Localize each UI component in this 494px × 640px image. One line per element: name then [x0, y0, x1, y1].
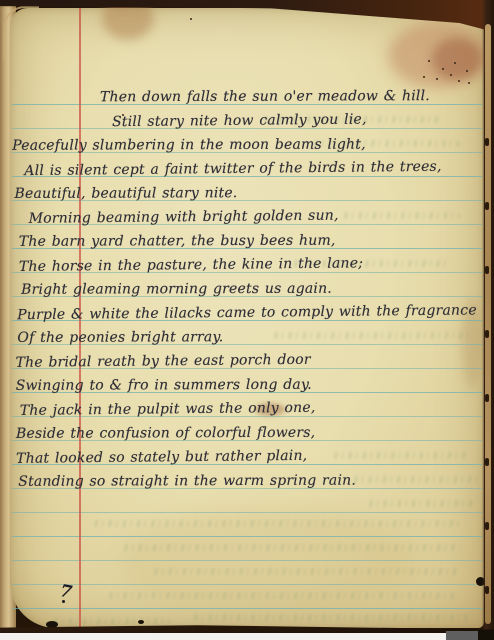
stitch-mark: [485, 202, 489, 210]
speck: [190, 18, 192, 20]
speck: [423, 76, 425, 78]
poem-line: Of the peonies bright array.: [17, 328, 223, 347]
stitch-mark: [485, 522, 489, 530]
poem-line: All is silent cept a faint twitter of th…: [24, 158, 441, 180]
stitch-mark: [485, 586, 489, 594]
poem-line: Still stary nite how calmly you lie,: [112, 111, 367, 132]
poem-line: Peacefully slumbering in the moon beams …: [12, 136, 366, 155]
poem-line: The horse in the pasture, the kine in th…: [19, 254, 363, 276]
poem-line: Standing so straight in the warm spring …: [18, 472, 356, 491]
poem-line: Bright gleaming morning greets us again.: [21, 280, 332, 299]
stitch-mark: [485, 138, 489, 146]
speck: [466, 70, 468, 72]
ink-blob-bottom-small: [138, 620, 144, 624]
speck: [122, 114, 124, 116]
handwriting-layer: Then down falls the sun o'er meadow & hi…: [9, 5, 487, 628]
speck: [436, 78, 438, 80]
poem-line: Then down falls the sun o'er meadow & hi…: [100, 87, 430, 106]
stray-ink-dot: [62, 600, 65, 603]
speck: [428, 60, 430, 62]
poem-line: The jack in the pulpit was the only one,: [20, 399, 316, 420]
speck: [442, 68, 444, 70]
shadow-patch-bottom-right: [446, 631, 480, 640]
poem-line: That looked so stately but rather plain,: [16, 447, 307, 468]
poem-line: The barn yard chatter, the busy bees hum…: [19, 232, 336, 251]
poem-line: Beautiful, beautiful stary nite.: [14, 184, 237, 203]
poem-line: Beside the confusion of colorful flowers…: [16, 424, 315, 443]
speck: [450, 74, 452, 76]
speck: [458, 80, 460, 82]
stitch-mark: [485, 330, 489, 338]
stitch-mark: [485, 394, 489, 402]
notebook-page: Then down falls the sun o'er meadow & hi…: [10, 8, 484, 628]
speck: [454, 62, 456, 64]
stitch-mark: [485, 458, 489, 466]
poem-line: The bridal reath by the east porch door: [15, 351, 310, 372]
page-stack-edge-right: [485, 24, 491, 624]
notebook-photo: Then down falls the sun o'er meadow & hi…: [0, 0, 494, 640]
poem-line: Swinging to & fro in summers long day.: [16, 376, 312, 395]
poem-line: Purple & white the lilacks came to compl…: [17, 301, 477, 324]
speck: [468, 82, 470, 84]
stitch-mark: [485, 266, 489, 274]
poem-line: Morning beaming with bright golden sun,: [29, 207, 339, 228]
dark-corner-bottom-right: [478, 630, 494, 640]
scanner-background-strip: [0, 633, 494, 640]
